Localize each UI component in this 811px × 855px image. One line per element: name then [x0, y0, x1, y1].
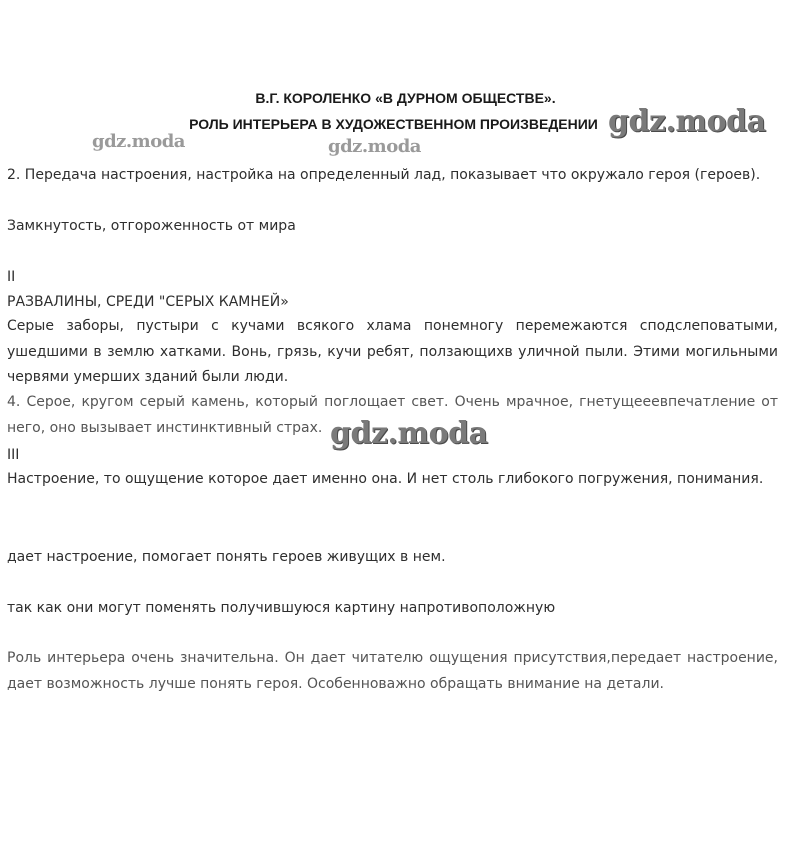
paragraph-gray-fences: Серые заборы, пустыри с кучами всякого х…: [7, 314, 778, 391]
watermark-logo: gdz.moda: [328, 136, 421, 157]
watermark-logo: gdz.moda: [92, 131, 185, 152]
watermark-logo: gdz.moda: [330, 416, 488, 451]
paragraph-interior-role: Роль интерьера очень значительна. Он дае…: [7, 646, 778, 697]
document-page: В.Г. КОРОЛЕНКО «В ДУРНОМ ОБЩЕСТВЕ». РОЛЬ…: [0, 0, 811, 855]
paragraph-mood: Настроение, то ощущение которое дает име…: [7, 467, 778, 493]
section-heading-iii: III: [7, 447, 19, 463]
paragraph-isolation: Замкнутость, отгороженность от мира: [7, 218, 296, 234]
section-heading-ii: II: [7, 269, 15, 285]
paragraph-change-picture: так как они могут поменять получившуюся …: [7, 600, 555, 616]
paragraph-item-2: 2. Передача настроения, настройка на опр…: [7, 167, 760, 183]
section-subtitle-ruins: РАЗВАЛИНЫ, СРЕДИ "СЕРЫХ КАМНЕЙ»: [7, 294, 289, 310]
paragraph-gives-mood: дает настроение, помогает понять героев …: [7, 549, 446, 565]
watermark-logo: gdz.moda: [608, 104, 766, 139]
